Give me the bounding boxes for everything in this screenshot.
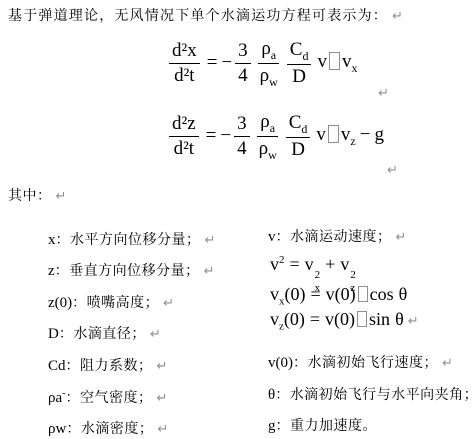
equation-z-motion: d²z d²t = − 3 4 ρa ρw Cd D vvz−g [166, 110, 384, 163]
definition-text: 阻力系数； [80, 358, 153, 374]
paragraph-mark-icon: ↵ [157, 422, 168, 437]
definition-text: 喷嘴高度； [87, 295, 160, 311]
definition-row-v0: v(0)：水滴初始飞行速度；↵ [268, 353, 453, 372]
paragraph-mark-icon: ↵ [387, 163, 398, 178]
fraction-rho-a-rho-w: ρa ρw [257, 37, 281, 90]
where-label: 其中： [8, 188, 52, 204]
equation-x-motion: d²x d²t = − 3 4 ρa ρw Cd D vvx [166, 37, 357, 90]
definition-symbol: D [48, 326, 59, 342]
definition-symbol: x [48, 232, 56, 248]
definition-symbol: v(0) [268, 355, 293, 371]
definition-symbol: Cd [48, 358, 66, 374]
definition-symbol: g [268, 418, 276, 434]
fraction-cd-d: Cd D [286, 111, 311, 162]
term-v-vz-minus-g: vvz−g [316, 124, 384, 149]
definition-row-theta: θ：水滴初始飞行与水平向夹角； [268, 385, 473, 404]
plus-sign: + [325, 254, 335, 274]
paragraph-mark-icon: ↵ [442, 356, 453, 371]
paragraph-mark-icon: ↵ [392, 9, 403, 24]
minus-sign: − [221, 52, 232, 74]
paragraph-mark-icon: ↵ [157, 391, 168, 406]
fraction-3-4: 3 4 [234, 112, 250, 161]
equals-sign: = [290, 254, 300, 274]
definition-row-cd: Cd：阻力系数；↵ [48, 353, 167, 375]
missing-glyph-box [358, 286, 368, 302]
paragraph-mark-icon: ↵ [205, 233, 216, 248]
definition-row-z: z：垂直方向位移分量；↵ [48, 258, 215, 280]
definition-text: 水平方向位移分量； [70, 232, 201, 248]
definition-symbol: z [48, 263, 55, 279]
definition-text: 垂直方向位移分量； [69, 263, 200, 279]
definition-text: 水滴直径； [73, 326, 146, 342]
definition-symbol: ρa [48, 390, 62, 406]
definition-text: 水滴密度； [81, 421, 154, 437]
equals-sign: = [311, 284, 321, 304]
definition-text: 空气密度； [80, 390, 153, 406]
definition-symbol: v [268, 229, 276, 245]
equals-sign: = [310, 309, 320, 329]
paragraph-mark-icon: ↵ [157, 359, 168, 374]
where-label-row: 其中：↵ [8, 186, 66, 205]
missing-glyph-box [357, 311, 367, 327]
missing-glyph-box [328, 125, 339, 143]
paragraph-mark-icon: ↵ [163, 296, 174, 311]
equals-sign: = [207, 52, 218, 74]
fraction-3-4: 3 4 [235, 39, 251, 88]
fraction-d2z-d2t: d²z d²t [169, 112, 199, 161]
definition-row-d: D：水滴直径；↵ [48, 321, 161, 343]
definition-row-v: v：水滴运动速度；↵ [268, 227, 406, 246]
term-v-vx: vvx [317, 51, 357, 76]
definition-symbol: z(0) [48, 295, 72, 311]
equals-sign: = [206, 125, 217, 147]
definition-text: 水滴运动速度； [290, 229, 392, 245]
fraction-rho-a-rho-w: ρa ρw [256, 110, 280, 163]
definition-row-g: g：重力加速度。 [268, 416, 377, 435]
definition-row-z0: z(0)：喷嘴高度；↵ [48, 290, 174, 312]
definition-row-x: x：水平方向位移分量；↵ [48, 227, 215, 249]
fraction-cd-d: Cd D [287, 38, 312, 89]
definition-text: 水滴初始飞行与水平向夹角； [290, 387, 473, 403]
definition-symbol: ρw [48, 421, 66, 437]
fraction-d2x-d2t: d²x d²t [169, 39, 200, 88]
intro-paragraph: 基于弹道理论，无风情况下单个水滴运功方程可表示为：↵ [8, 6, 403, 25]
definition-text: 水滴初始飞行速度； [308, 355, 439, 371]
document-page: 基于弹道理论，无风情况下单个水滴运功方程可表示为：↵ d²x d²t = − 3… [0, 0, 473, 439]
minus-sign: − [220, 125, 231, 147]
paragraph-mark-icon: ↵ [204, 264, 215, 279]
equation-vz-initial: vz(0)=v(0)sinθ↵ [270, 306, 419, 340]
paragraph-mark-icon: ↵ [150, 327, 161, 342]
paragraph-mark-icon: ↵ [56, 189, 67, 204]
paragraph-mark-icon: ↵ [408, 313, 419, 328]
intro-text: 基于弹道理论，无风情况下单个水滴运功方程可表示为： [8, 8, 388, 24]
paragraph-mark-icon: ↵ [378, 86, 389, 101]
definition-text: 重力加速度。 [290, 418, 377, 434]
missing-glyph-box [329, 52, 340, 70]
definition-row-rho-a: ρa-：空气密度；↵ [48, 385, 167, 407]
paragraph-mark-icon: ↵ [396, 230, 407, 245]
definition-row-rho-w: ρw：水滴密度；↵ [48, 416, 168, 438]
